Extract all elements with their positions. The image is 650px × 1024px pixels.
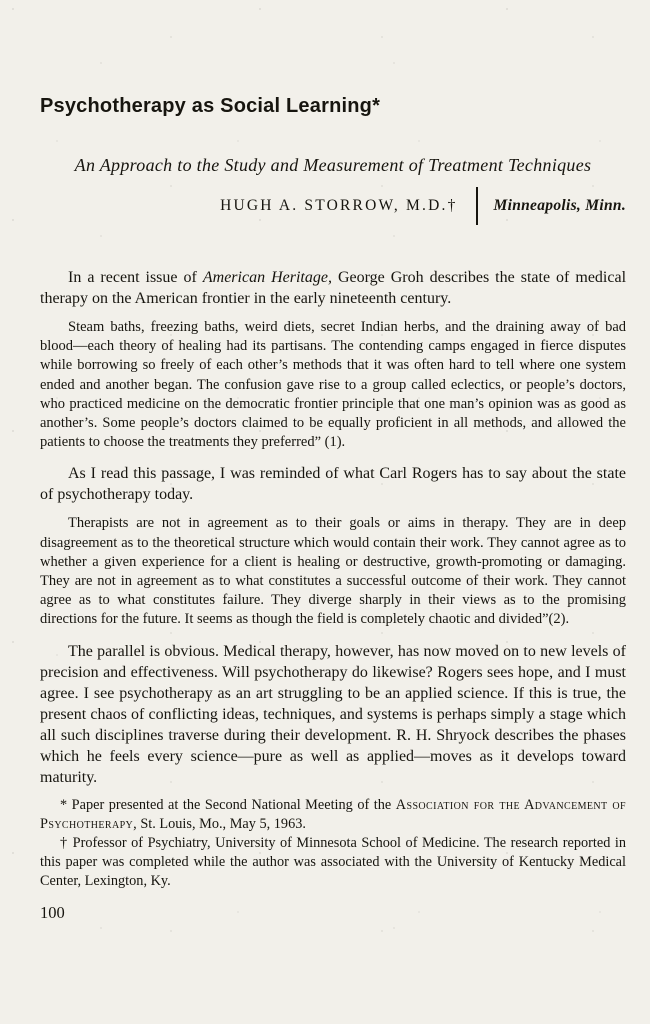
byline-divider	[476, 187, 478, 225]
text-segment: As I read this passage, I was reminded o…	[40, 465, 626, 503]
author-name: HUGH A. STORROW, M.D.†	[220, 196, 457, 216]
text-segment: * Paper presented at the Second National…	[60, 797, 396, 813]
article-subtitle: An Approach to the Study and Measurement…	[40, 154, 626, 177]
article-title: Psychotherapy as Social Learning*	[40, 94, 626, 118]
page-number: 100	[40, 903, 626, 923]
text-segment: In a recent issue of	[68, 269, 203, 286]
text-segment: , St. Louis, Mo., May 5, 1963.	[133, 816, 306, 832]
italic-text-segment: American Heritage,	[203, 269, 332, 286]
footnote-item: † Professor of Psychiatry, University of…	[40, 834, 626, 891]
text-segment: Steam baths, freezing baths, weird diets…	[40, 319, 626, 450]
article-header: Psychotherapy as Social Learning* An App…	[40, 94, 626, 225]
quote-paragraph: Steam baths, freezing baths, weird diets…	[40, 318, 626, 452]
body-paragraph: In a recent issue of American Heritage, …	[40, 267, 626, 309]
article-body: In a recent issue of American Heritage, …	[40, 267, 626, 788]
text-segment: Therapists are not in agreement as to th…	[40, 515, 626, 627]
scanned-page: Psychotherapy as Social Learning* An App…	[0, 0, 650, 1024]
body-paragraph: The parallel is obvious. Medical therapy…	[40, 641, 626, 788]
text-segment: † Professor of Psychiatry, University of…	[40, 835, 626, 889]
body-paragraph: As I read this passage, I was reminded o…	[40, 463, 626, 505]
author-location: Minneapolis, Minn.	[494, 197, 626, 215]
text-segment: The parallel is obvious. Medical therapy…	[40, 643, 626, 786]
footnotes: * Paper presented at the Second National…	[40, 796, 626, 891]
page-footer: * Paper presented at the Second National…	[40, 796, 626, 923]
byline: HUGH A. STORROW, M.D.† Minneapolis, Minn…	[40, 187, 626, 225]
footnote-item: * Paper presented at the Second National…	[40, 796, 626, 834]
quote-paragraph: Therapists are not in agreement as to th…	[40, 514, 626, 629]
